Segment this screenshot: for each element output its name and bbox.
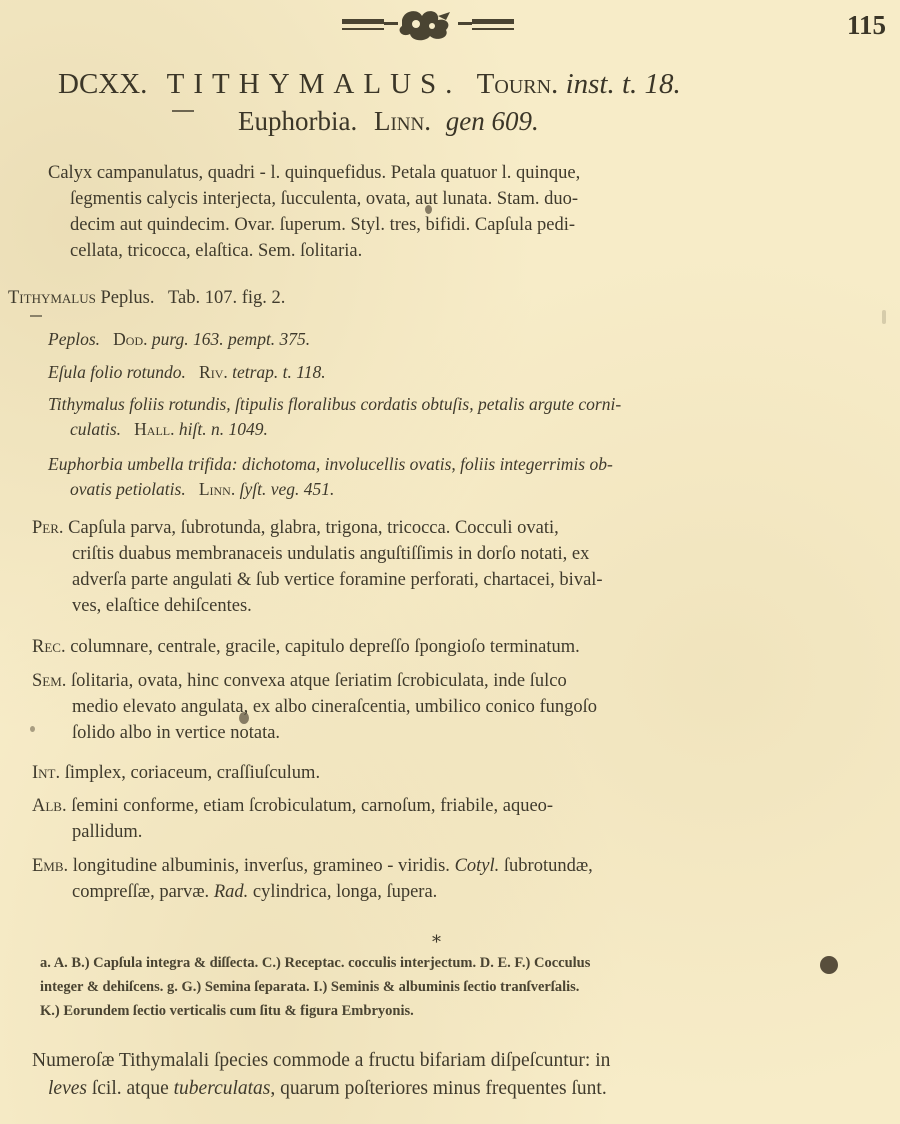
caption-line: integer & dehiſcens. g. G.) Semina ſepar… bbox=[40, 975, 590, 999]
text-run-italic: Cotyl. bbox=[455, 856, 500, 876]
text-line: Calyx campanulatus, quadri - l. quinquef… bbox=[48, 160, 580, 186]
synonym-text: ovatis petiolatis. bbox=[70, 479, 186, 499]
section-label: Rec. bbox=[32, 637, 66, 657]
section-label: Int. bbox=[32, 763, 60, 783]
description-pericarp: Per. Capſula parva, ſubrotunda, glabra, … bbox=[32, 515, 603, 619]
ink-blot bbox=[425, 205, 432, 214]
species-heading: Tithymalus Peplus. Tab. 107. fig. 2. bbox=[8, 285, 285, 311]
text-line: cellata, tricocca, elaſtica. Sem. ſolita… bbox=[48, 238, 580, 264]
text-run: compreſſæ, parvæ. bbox=[72, 882, 214, 902]
text-run: cylindrica, longa, ſupera. bbox=[248, 882, 437, 902]
text-line: criſtis duabus membranaceis undulatis an… bbox=[32, 541, 603, 567]
synonym-authority: Linn. bbox=[374, 106, 431, 136]
synonym-heading: Euphorbia. Linn. gen 609. bbox=[238, 106, 539, 137]
species-genus: Tithymalus bbox=[8, 288, 96, 308]
text-run: longitudine albuminis, inverſus, gramine… bbox=[73, 856, 455, 876]
section-label: Alb. bbox=[32, 796, 67, 816]
note-text: ſcil. atque bbox=[87, 1078, 174, 1099]
closing-note: Numeroſæ Tithymalali ſpecies commode a f… bbox=[32, 1047, 610, 1103]
description-receptacle: Rec. columnare, centrale, gracile, capit… bbox=[32, 634, 580, 660]
section-label: Per. bbox=[32, 518, 64, 538]
margin-dash bbox=[172, 110, 194, 112]
description-seed: Sem. ſolitaria, ovata, hinc convexa atqu… bbox=[32, 668, 597, 746]
description-albumen: Alb. ſemini conforme, etiam ſcrobiculatu… bbox=[32, 793, 553, 845]
section-label: Sem. bbox=[32, 671, 66, 691]
text-line: ſimplex, coriaceum, craſſiuſculum. bbox=[65, 763, 320, 783]
synonym-entry: Eſula folio rotundo. Riv. tetrap. t. 118… bbox=[48, 360, 326, 385]
synonym-author: Riv. bbox=[199, 362, 228, 382]
text-line: ſolido albo in vertice notata. bbox=[32, 720, 597, 746]
genus-reference: inst. t. 18. bbox=[566, 68, 681, 100]
synonym-text: Euphorbia umbella trifida: dichotoma, in… bbox=[48, 454, 613, 474]
synonym-author: Dod. bbox=[113, 329, 147, 349]
text-line: ves, elaſtice dehiſcentes. bbox=[32, 593, 603, 619]
text-line: ſegmentis calycis interjecta, ſucculenta… bbox=[48, 186, 580, 212]
ink-blot bbox=[239, 712, 249, 724]
genus-authority: Tourn. bbox=[477, 68, 559, 100]
synonym-ref: tetrap. t. 118. bbox=[232, 362, 326, 382]
asterisk-marker: * bbox=[432, 932, 441, 953]
synonym-genus: Euphorbia. bbox=[238, 106, 357, 136]
note-italic: tuberculatas bbox=[174, 1078, 271, 1099]
genus-name: TITHYMALUS. bbox=[167, 68, 462, 100]
note-text: , quarum poſteriores minus frequentes ſu… bbox=[270, 1078, 606, 1099]
synonym-ref: ſyſt. veg. 451. bbox=[240, 479, 335, 499]
ink-blot bbox=[820, 956, 838, 974]
genus-heading: DCXX. TITHYMALUS. Tourn. inst. t. 18. bbox=[58, 68, 681, 101]
caption-line: K.) Eorundem ſectio verticalis cum ſitu … bbox=[40, 999, 590, 1023]
synonym-text: Eſula folio rotundo. bbox=[48, 362, 186, 382]
note-line: Numeroſæ Tithymalali ſpecies commode a f… bbox=[32, 1047, 610, 1075]
margin-tick bbox=[30, 315, 42, 317]
synonym-text: culatis. bbox=[70, 419, 121, 439]
synonym-entry: Tithymalus foliis rotundis, ſtipulis flo… bbox=[48, 392, 621, 442]
plate-reference: Tab. 107. fig. 2. bbox=[168, 288, 285, 308]
text-line: columnare, centrale, gracile, capitulo d… bbox=[70, 637, 580, 657]
figure-caption: a. A. B.) Capſula integra & diſſecta. C.… bbox=[40, 951, 590, 1023]
text-run: ſubrotundæ, bbox=[499, 856, 593, 876]
text-run-italic: Rad. bbox=[214, 882, 248, 902]
description-integument: Int. ſimplex, coriaceum, craſſiuſculum. bbox=[32, 760, 320, 786]
genus-number: DCXX. bbox=[58, 68, 147, 100]
synonym-entry: Euphorbia umbella trifida: dichotoma, in… bbox=[48, 452, 613, 502]
caption-line: a. A. B.) Capſula integra & diſſecta. C.… bbox=[40, 951, 590, 975]
synonym-entry: Peplos. Dod. purg. 163. pempt. 375. bbox=[48, 327, 310, 352]
text-line: adverſa parte angulati & ſub vertice for… bbox=[32, 567, 603, 593]
section-label: Emb. bbox=[32, 856, 68, 876]
paper-speck bbox=[882, 310, 886, 324]
synonym-ref: hiſt. n. 1049. bbox=[179, 419, 268, 439]
page-number: 115 bbox=[847, 10, 886, 41]
species-name: Peplus. bbox=[100, 288, 154, 308]
synonym-reference: gen 609. bbox=[446, 106, 539, 136]
text-line: ſolitaria, ovata, hinc convexa atque ſer… bbox=[71, 671, 567, 691]
text-line: medio elevato angulata, ex albo cineraſc… bbox=[32, 694, 597, 720]
synonym-ref: purg. 163. pempt. 375. bbox=[152, 329, 310, 349]
text-line: ſemini conforme, etiam ſcrobiculatum, ca… bbox=[71, 796, 553, 816]
genus-description: Calyx campanulatus, quadri - l. quinquef… bbox=[48, 160, 580, 264]
floral-ornament-icon bbox=[342, 8, 514, 42]
text-line: pallidum. bbox=[32, 819, 553, 845]
paper-speck bbox=[30, 726, 35, 732]
description-embryo: Emb. longitudine albuminis, inverſus, gr… bbox=[32, 853, 593, 905]
text-line: decim aut quindecim. Ovar. ſuperum. Styl… bbox=[48, 212, 580, 238]
synonym-text: Tithymalus foliis rotundis, ſtipulis flo… bbox=[48, 394, 621, 414]
note-italic: leves bbox=[48, 1078, 87, 1099]
document-page: 115 DCXX. TITHYMALUS. Tourn. inst. t. 18… bbox=[0, 0, 900, 1124]
synonym-author: Linn. bbox=[199, 479, 235, 499]
text-line: Capſula parva, ſubrotunda, glabra, trigo… bbox=[68, 518, 559, 538]
synonym-author: Hall. bbox=[134, 419, 174, 439]
synonym-text: Peplos. bbox=[48, 329, 100, 349]
